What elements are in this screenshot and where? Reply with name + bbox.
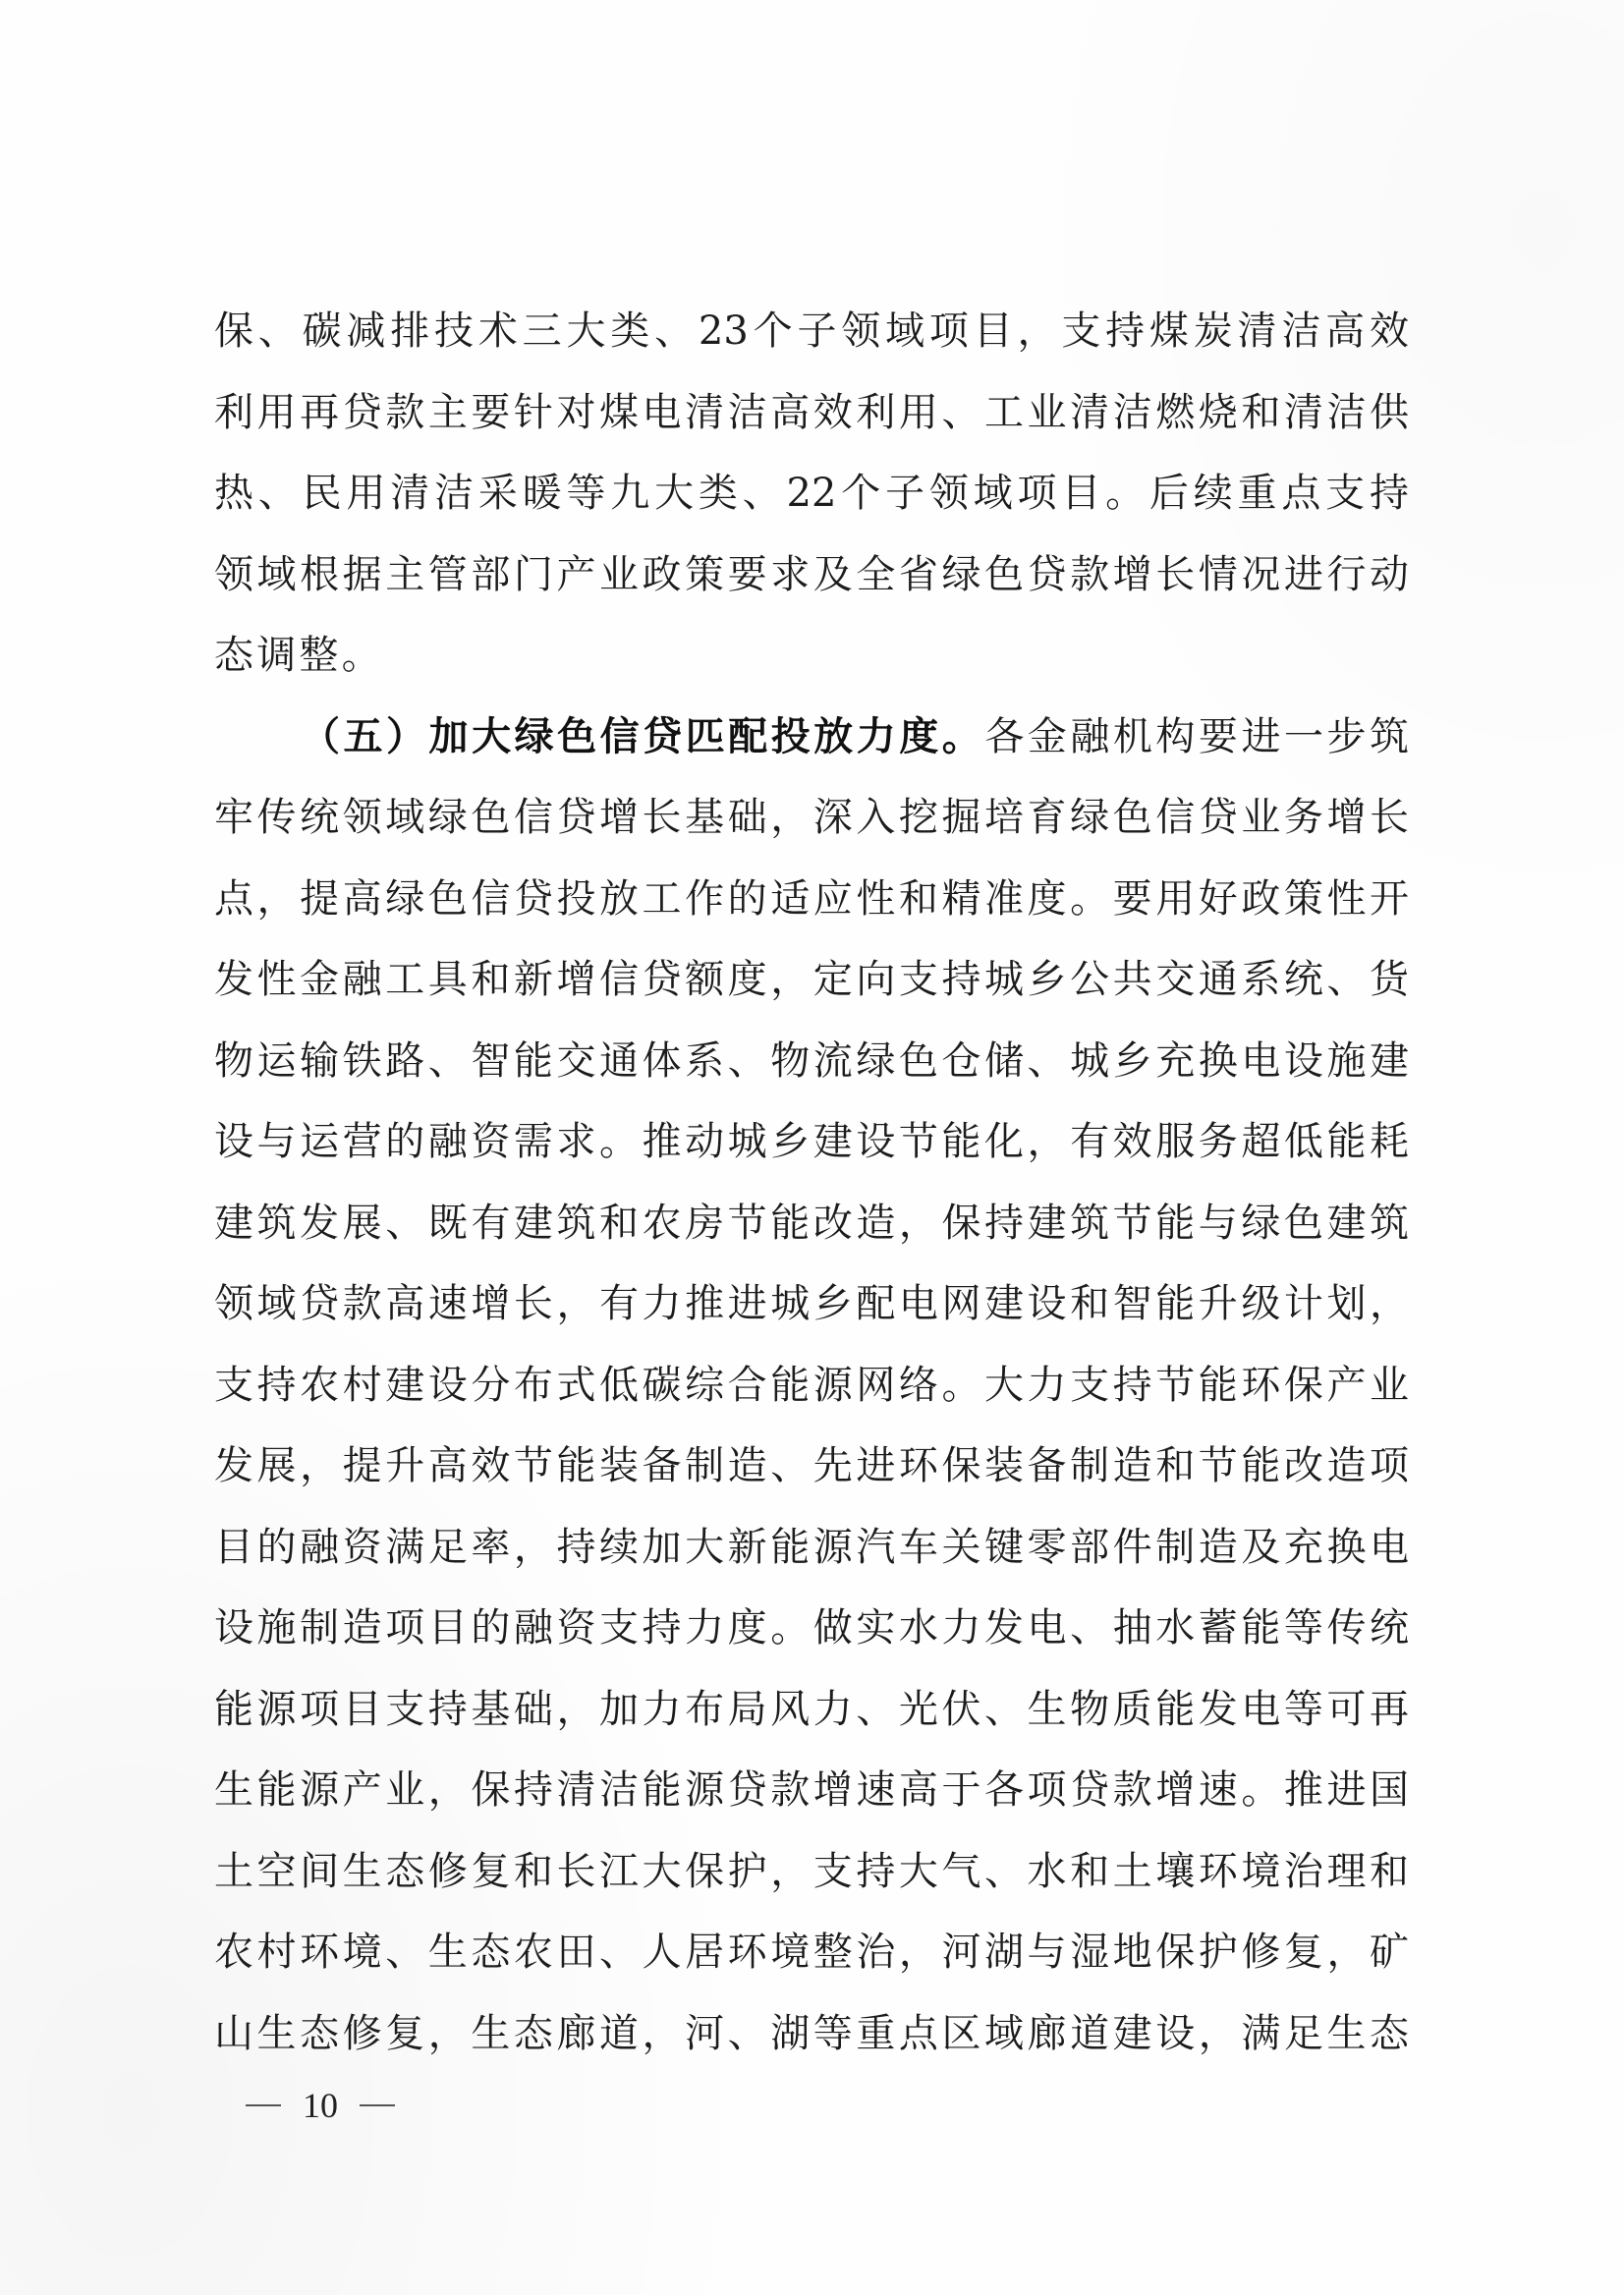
page-number-footer: 10 (246, 2083, 395, 2128)
section-heading: （五）加大绿色信贷匹配投放力度。 (301, 713, 984, 759)
text-line: 领域贷款高速增长，有力推进城乡配电网建设和智能升级计划， (214, 1263, 1409, 1345)
document-page: 保、碳减排技术三大类、23个子领域项目，支持煤炭清洁高效 利用再贷款主要针对煤电… (0, 0, 1624, 2295)
text-line: 设与运营的融资需求。推动城乡建设节能化，有效服务超低能耗 (214, 1101, 1409, 1183)
text-run: 各金融机构要进一步筑 (984, 714, 1409, 759)
text-line: 农村环境、生态农田、人居环境整治，河湖与湿地保护修复，矿 (214, 1912, 1409, 1993)
body-text: 保、碳减排技术三大类、23个子领域项目，支持煤炭清洁高效 利用再贷款主要针对煤电… (214, 291, 1409, 2074)
text-line: 物运输铁路、智能交通体系、物流绿色仓储、城乡充换电设施建 (214, 1021, 1409, 1102)
section-first-line: （五）加大绿色信贷匹配投放力度。各金融机构要进一步筑 (214, 697, 1409, 778)
text-line: 支持农村建设分布式低碳综合能源网络。大力支持节能环保产业 (214, 1345, 1409, 1427)
text-line: 态调整。 (214, 615, 1409, 697)
text-line: 利用再贷款主要针对煤电清洁高效利用、工业清洁燃烧和清洁供 (214, 372, 1409, 454)
text-line: 保、碳减排技术三大类、23个子领域项目，支持煤炭清洁高效 (214, 291, 1409, 372)
text-line: 领域根据主管部门产业政策要求及全省绿色贷款增长情况进行动 (214, 534, 1409, 616)
dash-left (246, 2104, 281, 2106)
text-line: 设施制造项目的融资支持力度。做实水力发电、抽水蓄能等传统 (214, 1588, 1409, 1669)
text-line: 山生态修复，生态廊道，河、湖等重点区域廊道建设，满足生态 (214, 1993, 1409, 2075)
text-line: 目的融资满足率，持续加大新能源汽车关键零部件制造及充换电 (214, 1507, 1409, 1589)
text-line: 能源项目支持基础，加力布局风力、光伏、生物质能发电等可再 (214, 1669, 1409, 1751)
text-line: 点，提高绿色信贷投放工作的适应性和精准度。要用好政策性开 (214, 859, 1409, 940)
dash-right (360, 2104, 395, 2106)
text-line: 热、民用清洁采暖等九大类、22个子领域项目。后续重点支持 (214, 453, 1409, 534)
text-line: 发展，提升高效节能装备制造、先进环保装备制造和节能改造项 (214, 1426, 1409, 1507)
text-line: 发性金融工具和新增信贷额度，定向支持城乡公共交通系统、货 (214, 939, 1409, 1021)
text-line: 生能源产业，保持清洁能源贷款增速高于各项贷款增速。推进国 (214, 1750, 1409, 1831)
page-number: 10 (303, 2083, 338, 2128)
text-line: 牢传统领域绿色信贷增长基础，深入挖掘培育绿色信贷业务增长 (214, 777, 1409, 859)
text-line: 土空间生态修复和长江大保护，支持大气、水和土壤环境治理和 (214, 1831, 1409, 1913)
text-line: 建筑发展、既有建筑和农房节能改造，保持建筑节能与绿色建筑 (214, 1183, 1409, 1264)
